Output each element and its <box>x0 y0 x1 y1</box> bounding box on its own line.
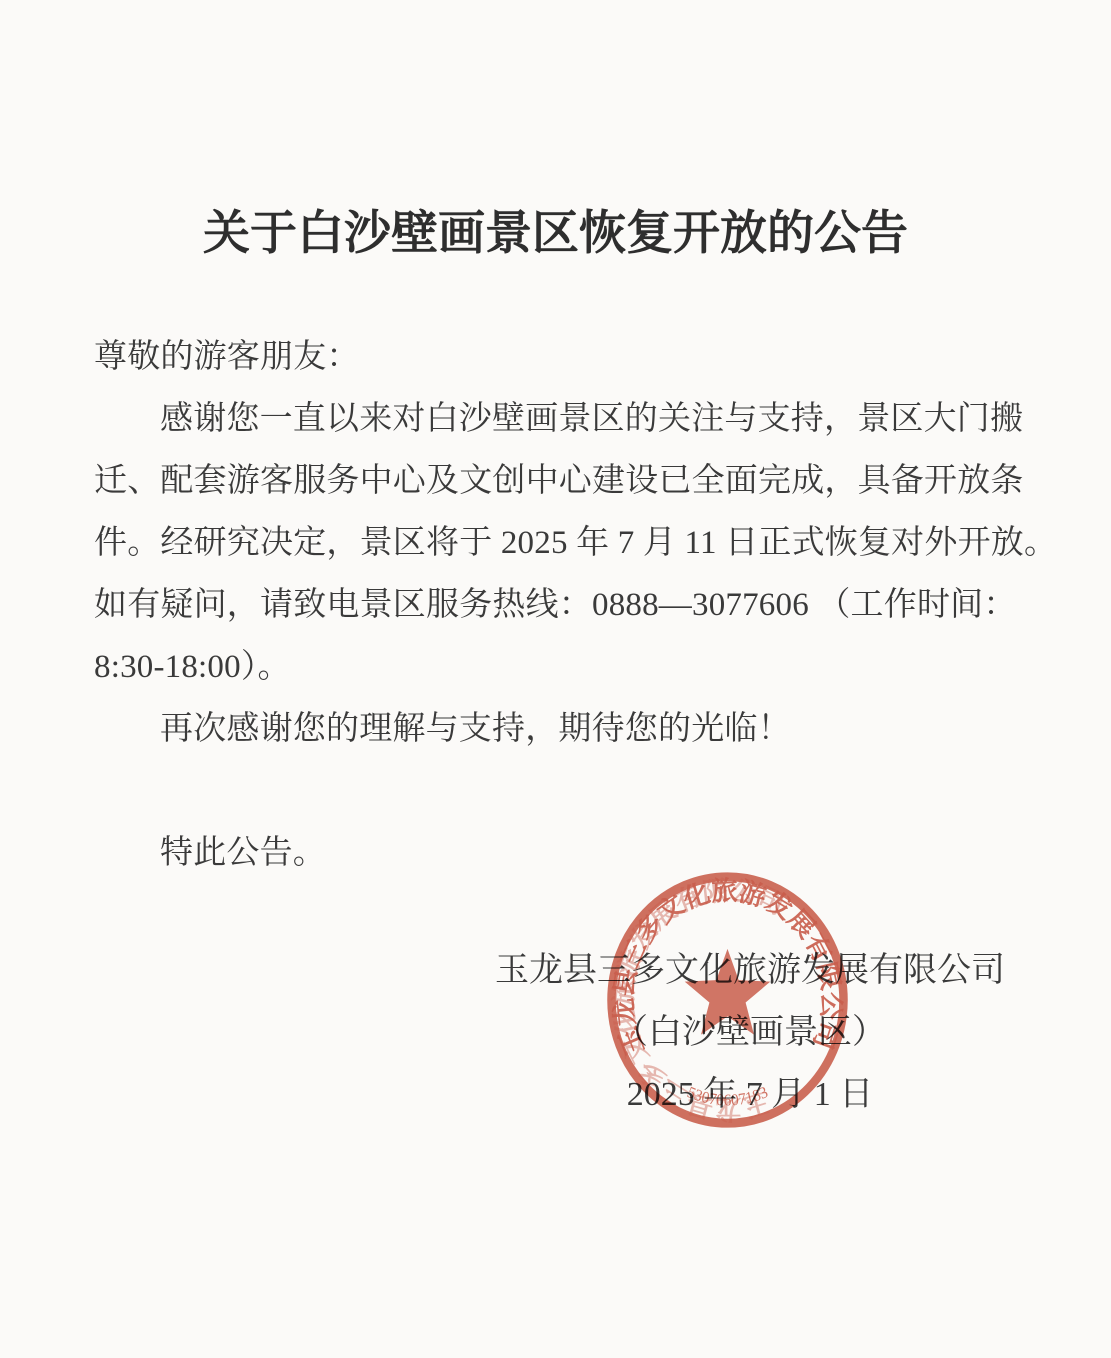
signature-company: 玉龙县三多文化旅游发展有限公司 <box>492 940 1008 1002</box>
body-line: 件。经研究决定，景区将于 2025 年 7 月 11 日正式恢复对外开放。 <box>94 512 1018 574</box>
document-body: 尊敬的游客朋友： 感谢您一直以来对白沙壁画景区的关注与支持，景区大门搬 迁、配套… <box>94 326 1018 884</box>
announcement-document: 关于白沙壁画景区恢复开放的公告 尊敬的游客朋友： 感谢您一直以来对白沙壁画景区的… <box>0 0 1111 1358</box>
document-title: 关于白沙壁画景区恢复开放的公告 <box>0 196 1111 263</box>
signature-branch: （白沙壁画景区） <box>492 1002 1008 1064</box>
blank-line <box>94 760 1018 822</box>
signature-block: 玉龙县三多文化旅游发展有限公司 （白沙壁画景区） 2025 年 7 月 1 日 <box>492 940 1008 1126</box>
body-line: 再次感谢您的理解与支持，期待您的光临！ <box>94 698 1018 760</box>
body-line: 迁、配套游客服务中心及文创中心建设已全面完成，具备开放条 <box>94 450 1018 512</box>
signature-date: 2025 年 7 月 1 日 <box>492 1064 1008 1126</box>
closing-line: 特此公告。 <box>94 822 1018 884</box>
body-line: 感谢您一直以来对白沙壁画景区的关注与支持，景区大门搬 <box>94 388 1018 450</box>
body-line: 8:30-18:00）。 <box>94 636 1018 698</box>
body-line: 如有疑问，请致电景区服务热线：0888—3077606 （工作时间： <box>94 574 1018 636</box>
salutation-line: 尊敬的游客朋友： <box>94 326 1018 388</box>
